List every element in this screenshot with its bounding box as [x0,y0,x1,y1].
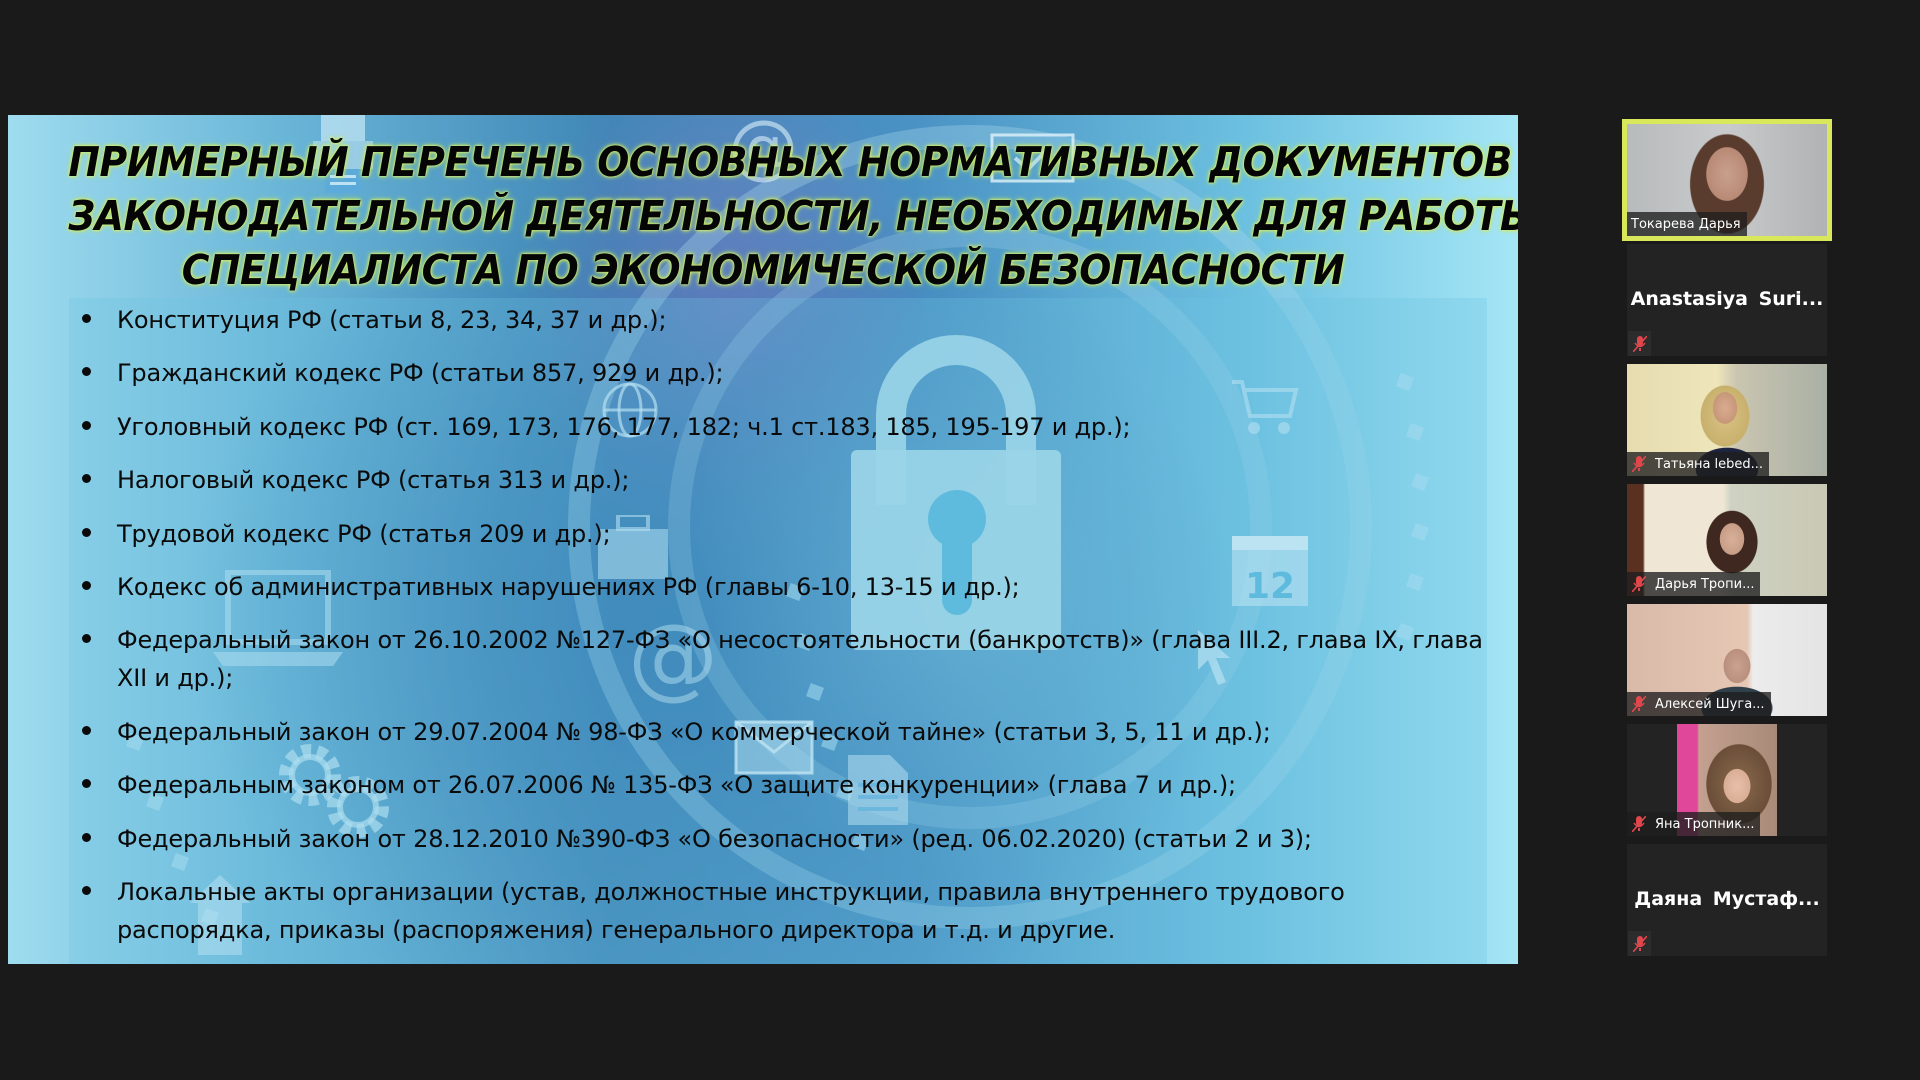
participant-name: Anastasiya Suri... [1627,288,1827,310]
list-item: Гражданский кодекс РФ (статьи 857, 929 и… [82,354,1492,392]
participant-name: Дарья Тропи... [1655,577,1754,592]
participant-name-bar: Татьяна lebed... [1627,452,1769,476]
list-item-text: Федеральный закон от 28.12.2010 №390-ФЗ … [117,825,1312,853]
slide-title-line: СПЕЦИАЛИСТА ПО ЭКОНОМИЧЕСКОЙ БЕЗОПАСНОСТ… [68,243,1457,297]
list-item-text: Локальные акты организации (устав, должн… [117,878,1345,944]
list-item: Федеральный закон от 29.07.2004 № 98-ФЗ … [82,713,1492,751]
participant-tile[interactable]: Алексей Шуга... [1627,604,1827,716]
participant-tile[interactable]: Татьяна lebed... [1627,364,1827,476]
list-item-text: Федеральным законом от 26.07.2006 № 135-… [117,771,1236,799]
participant-name: Яна Тропник... [1655,817,1754,832]
list-item: Трудовой кодекс РФ (статья 209 и др.); [82,515,1492,553]
list-item: Конституция РФ (статьи 8, 23, 34, 37 и д… [82,301,1492,339]
list-item: Кодекс об административных нарушениях РФ… [82,568,1492,606]
list-item-text: Уголовный кодекс РФ (ст. 169, 173, 176, … [117,413,1130,441]
participant-name-bar: Алексей Шуга... [1627,692,1771,716]
participant-name: Алексей Шуга... [1655,697,1765,712]
list-item-text: Гражданский кодекс РФ (статьи 857, 929 и… [117,359,723,387]
list-item-text: Конституция РФ (статьи 8, 23, 34, 37 и д… [117,306,666,334]
participant-name: Татьяна lebed... [1655,457,1763,472]
participant-tile[interactable]: Anastasiya Suri... [1627,244,1827,356]
participant-name: Даяна Мустаф... [1627,888,1827,910]
list-item-text: Трудовой кодекс РФ (статья 209 и др.); [117,520,610,548]
shared-screen-slide: @ 12 @ [8,115,1518,964]
list-item-text: Кодекс об административных нарушениях РФ… [117,573,1020,601]
list-item: Федеральный закон от 26.10.2002 №127-ФЗ … [82,621,1492,697]
slide-title-line: ПРИМЕРНЫЙ ПЕРЕЧЕНЬ ОСНОВНЫХ НОРМАТИВНЫХ … [68,135,1457,189]
list-item: Федеральный закон от 28.12.2010 №390-ФЗ … [82,820,1492,858]
list-item: Локальные акты организации (устав, должн… [82,873,1492,949]
muted-mic-icon [1631,695,1647,713]
participant-tile[interactable]: Дарья Тропи... [1627,484,1827,596]
participant-tile[interactable]: Яна Тропник... [1627,724,1827,836]
slide-title-line: ЗАКОНОДАТЕЛЬНОЙ ДЕЯТЕЛЬНОСТИ, НЕОБХОДИМЫ… [68,189,1457,243]
muted-mic-icon [1631,575,1647,593]
list-item-text: Федеральный закон от 26.10.2002 №127-ФЗ … [117,626,1483,692]
list-item: Федеральным законом от 26.07.2006 № 135-… [82,766,1492,804]
participant-name: Токарева Дарья [1631,217,1741,232]
participant-tile[interactable]: Даяна Мустаф... [1627,844,1827,956]
list-item: Налоговый кодекс РФ (статья 313 и др.); [82,461,1492,499]
list-item-text: Налоговый кодекс РФ (статья 313 и др.); [117,466,629,494]
participant-name-bar: Токарева Дарья [1627,212,1747,236]
participant-name-bar: Дарья Тропи... [1627,572,1760,596]
list-item: Уголовный кодекс РФ (ст. 169, 173, 176, … [82,408,1492,446]
muted-mic-icon [1631,815,1647,833]
list-item-text: Федеральный закон от 29.07.2004 № 98-ФЗ … [117,718,1271,746]
participant-tile[interactable]: Токарева Дарья [1627,124,1827,236]
muted-mic-icon [1628,331,1651,356]
muted-mic-icon [1631,455,1647,473]
muted-mic-icon [1628,931,1651,956]
participant-name-bar: Яна Тропник... [1627,812,1760,836]
slide-title: ПРИМЕРНЫЙ ПЕРЕЧЕНЬ ОСНОВНЫХ НОРМАТИВНЫХ … [68,135,1457,297]
document-list: Конституция РФ (статьи 8, 23, 34, 37 и д… [82,301,1492,964]
